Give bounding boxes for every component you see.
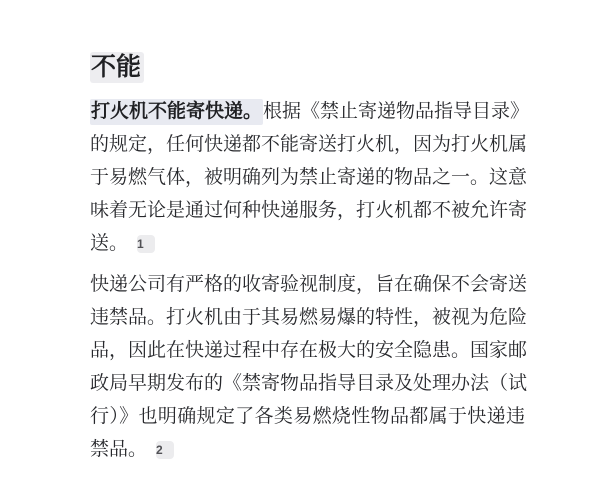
paragraph-line: 快递公司有严格的收寄验视制度，旨在确保不会寄送 xyxy=(90,268,525,301)
line-text: 味着无论是通过何种快递服务，打火机都不被允许寄 xyxy=(90,200,527,221)
paragraph-line: 送。1 xyxy=(90,227,525,260)
line-text: 政局早期发布的《禁寄物品指导目录及处理办法（试 xyxy=(90,373,527,394)
line-text: 行）》也明确规定了各类易燃烧性物品都属于快递违 xyxy=(90,406,525,427)
paragraph-line: 品，因此在快递过程中存在极大的安全隐患。国家邮 xyxy=(90,334,525,367)
line-text: 送。 xyxy=(90,233,128,254)
paragraph-line: 味着无论是通过何种快递服务，打火机都不被允许寄 xyxy=(90,194,525,227)
answer-heading: 不能 xyxy=(90,50,525,84)
paragraph-line: 的规定，任何快递都不能寄送打火机，因为打火机属 xyxy=(90,128,525,161)
line-text: 的规定，任何快递都不能寄送打火机，因为打火机属 xyxy=(90,134,527,155)
line-text: 品，因此在快递过程中存在极大的安全隐患。国家邮 xyxy=(90,340,527,361)
answer-paragraph: 快递公司有严格的收寄验视制度，旨在确保不会寄送 违禁品。打火机由于其易燃易爆的特… xyxy=(90,268,525,466)
highlighted-claim: 打火机不能寄快递。 xyxy=(90,99,263,125)
paragraph-line: 禁品。2 xyxy=(90,433,525,466)
line-text: 于易燃气体，被明确列为禁止寄递的物品之一。这意 xyxy=(90,167,527,188)
line-text: 快递公司有严格的收寄验视制度，旨在确保不会寄送 xyxy=(90,274,527,295)
citation-badge-1[interactable]: 1 xyxy=(137,235,155,253)
paragraph-line: 违禁品。打火机由于其易燃易爆的特性，被视为危险 xyxy=(90,301,525,334)
answer-panel: 不能 打火机不能寄快递。根据《禁止寄递物品指导目录》 的规定，任何快递都不能寄送… xyxy=(90,50,525,474)
line-text: 违禁品。打火机由于其易燃易爆的特性，被视为危险 xyxy=(90,307,527,328)
paragraph-line: 打火机不能寄快递。根据《禁止寄递物品指导目录》 xyxy=(90,95,525,128)
answer-paragraph: 打火机不能寄快递。根据《禁止寄递物品指导目录》 的规定，任何快递都不能寄送打火机… xyxy=(90,95,525,260)
citation-badge-2[interactable]: 2 xyxy=(156,441,174,459)
paragraph-line: 于易燃气体，被明确列为禁止寄递的物品之一。这意 xyxy=(90,161,525,194)
paragraph-line: 行）》也明确规定了各类易燃烧性物品都属于快递违 xyxy=(90,400,525,433)
line-text: 禁品。 xyxy=(90,439,147,460)
line-text: 根据《禁止寄递物品指导目录》 xyxy=(263,101,529,122)
paragraph-line: 政局早期发布的《禁寄物品指导目录及处理办法（试 xyxy=(90,367,525,400)
answer-heading-text: 不能 xyxy=(90,52,144,83)
